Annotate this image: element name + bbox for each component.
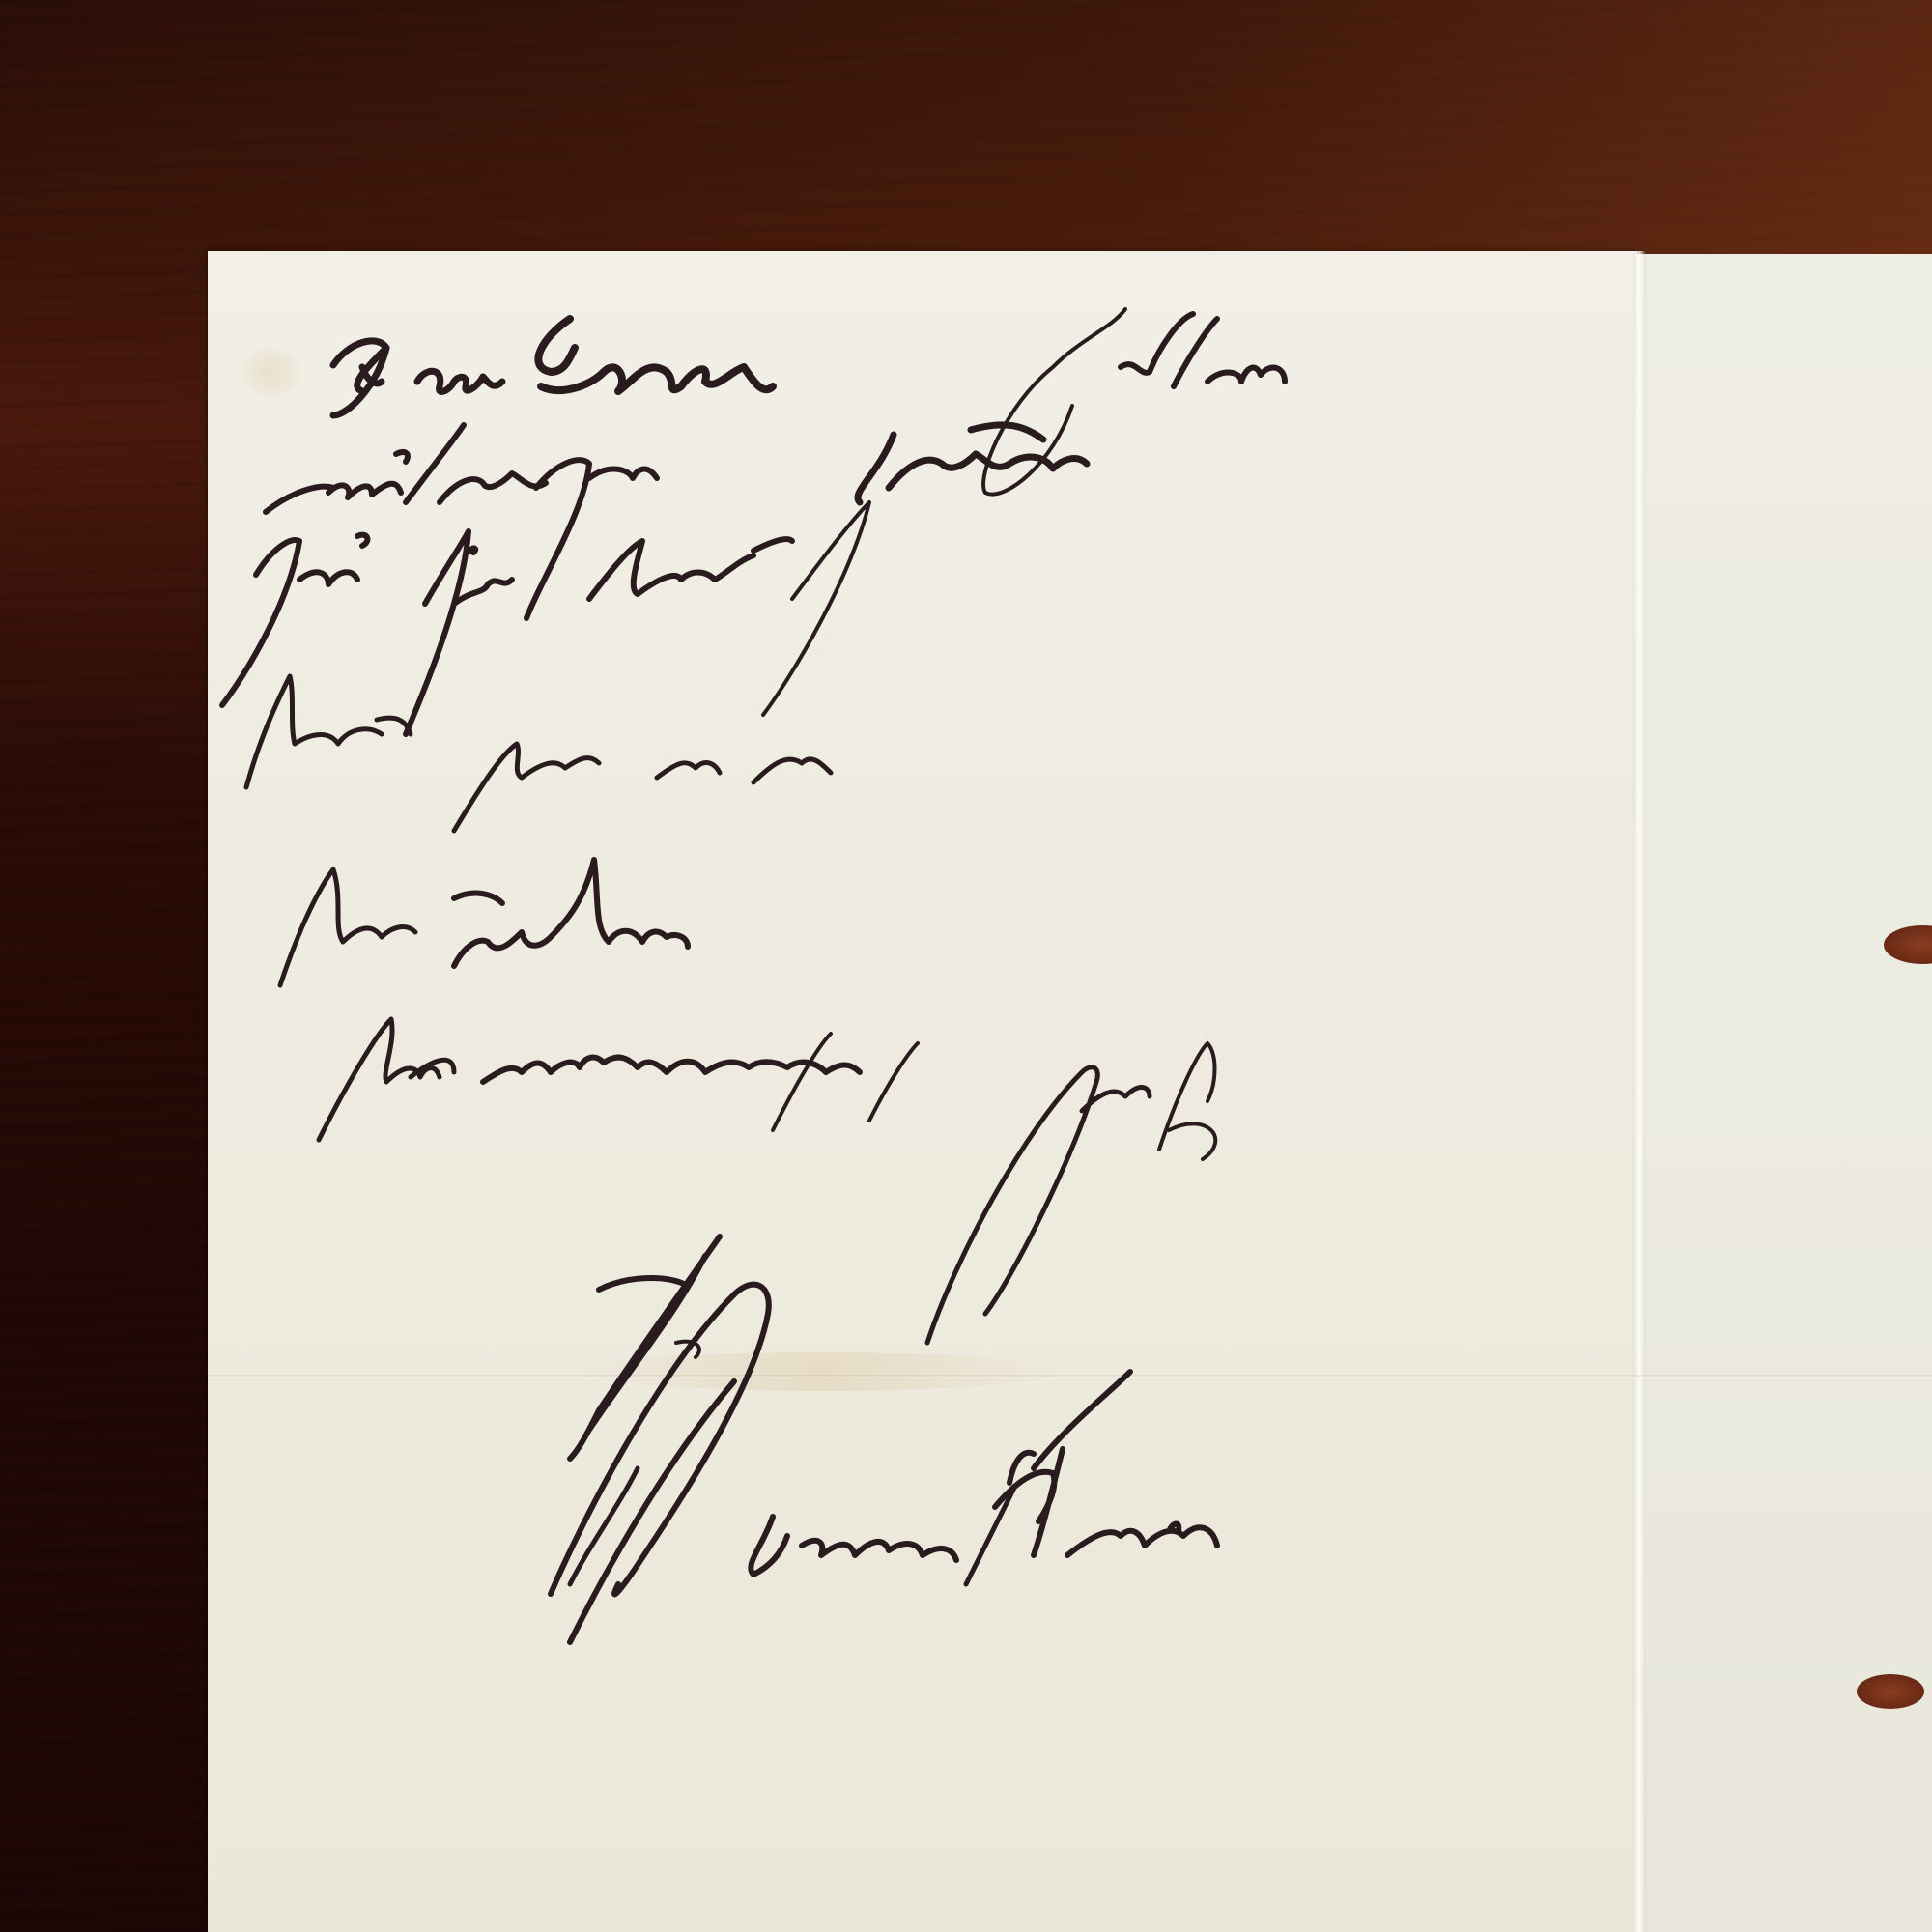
line-4-ink (246, 676, 831, 831)
line-5-ink (280, 860, 688, 985)
line-3-ink (222, 502, 869, 734)
line-1-ink (333, 309, 1285, 495)
signature-ink (551, 1236, 1217, 1642)
line-2-ink (266, 425, 1087, 618)
handwriting-ink (0, 0, 1932, 1932)
